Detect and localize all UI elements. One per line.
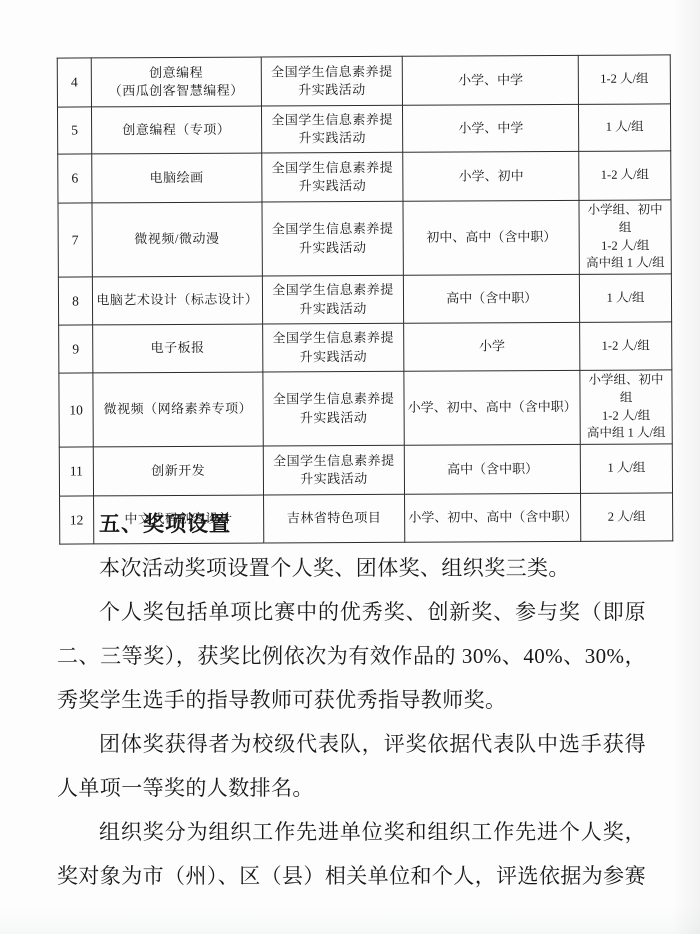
cell-level: 小学、中学 xyxy=(403,55,579,105)
cell-name: 创意编程 （西瓜创客智慧编程） xyxy=(91,57,261,107)
cell-name: 微视频/微动漫 xyxy=(92,202,262,277)
paragraph-line: 组织奖分为组织工作先进单位奖和组织工作先进个人奖，获 xyxy=(57,810,646,854)
cell-category: 全国学生信息素养提 升实践活动 xyxy=(261,105,403,153)
cell-category: 全国学生信息素养提 升实践活动 xyxy=(261,152,403,202)
cell-level: 初中、高中（含中职） xyxy=(403,200,579,275)
cell-name: 创新开发 xyxy=(93,446,263,496)
cell-group: 1 人/组 xyxy=(580,444,672,493)
cell-number: 10 xyxy=(59,373,93,447)
table-row: 4 创意编程 （西瓜创客智慧编程） 全国学生信息素养提 升实践活动 小学、中学 … xyxy=(57,55,670,107)
cell-category: 全国学生信息素养提 升实践活动 xyxy=(262,275,404,324)
cell-number: 6 xyxy=(58,154,92,203)
paragraph-line: 团体奖获得者为校级代表队，评奖依据代表队中选手获得个 xyxy=(57,722,646,766)
table-row: 6 电脑绘画 全国学生信息素养提 升实践活动 小学、初中 1-2 人/组 xyxy=(58,151,671,203)
document-page: 4 创意编程 （西瓜创客智慧编程） 全国学生信息素养提 升实践活动 小学、中学 … xyxy=(0,0,700,934)
competition-items-table: 4 创意编程 （西瓜创客智慧编程） 全国学生信息素养提 升实践活动 小学、中学 … xyxy=(57,54,674,544)
paragraph-line: 人单项一等奖的人数排名。 xyxy=(57,766,646,810)
table-row: 8 电脑艺术设计（标志设计） 全国学生信息素养提 升实践活动 高中（含中职） 1… xyxy=(58,274,671,325)
cell-category: 全国学生信息素养提 升实践活动 xyxy=(263,445,405,495)
cell-level: 小学、初中 xyxy=(403,151,579,201)
cell-group: 1-2 人/组 xyxy=(579,151,671,200)
cell-number: 8 xyxy=(58,277,92,325)
cell-category: 全国学生信息素养提 升实践活动 xyxy=(262,201,404,276)
cell-level: 小学、初中、高中（含中职） xyxy=(404,370,580,445)
cell-level: 小学、中学 xyxy=(403,104,579,152)
cell-group: 1-2 人/组 xyxy=(578,55,670,104)
cell-name: 电子板报 xyxy=(93,324,263,373)
paragraph-line: 个人奖包括单项比赛中的优秀奖、创新奖、参与奖（即原一、 xyxy=(57,590,646,634)
cell-number: 7 xyxy=(58,203,92,277)
cell-name: 电脑绘画 xyxy=(92,153,262,203)
paragraph-line: 本次活动奖项设置个人奖、团体奖、组织奖三类。 xyxy=(57,546,646,590)
table-row: 10 微视频（网络素养专项） 全国学生信息素养提 升实践活动 小学、初中、高中（… xyxy=(59,370,672,447)
section-heading: 五、奖项设置 xyxy=(57,502,646,546)
cell-number: 4 xyxy=(57,58,91,107)
paragraph-line: 奖对象为市（州）、区（县）相关单位和个人，评选依据为参赛 xyxy=(57,854,646,898)
paragraph-line: 二、三等奖），获奖比例依次为有效作品的 30%、40%、30%，优 xyxy=(57,634,646,678)
cell-number: 9 xyxy=(59,325,93,373)
cell-group: 1 人/组 xyxy=(579,104,671,151)
cell-group: 小学组、初中组 1-2 人/组 高中组 1 人/组 xyxy=(580,370,672,444)
table-row: 5 创意编程（专项） 全国学生信息素养提 升实践活动 小学、中学 1 人/组 xyxy=(57,104,670,154)
cell-name: 电脑艺术设计（标志设计） xyxy=(92,276,262,325)
paragraph-line: 秀奖学生选手的指导教师可获优秀指导教师奖。 xyxy=(57,678,646,722)
cell-name: 微视频（网络素养专项） xyxy=(93,372,263,447)
table-row: 11 创新开发 全国学生信息素养提 升实践活动 高中（含中职） 1 人/组 xyxy=(59,444,672,496)
cell-category: 全国学生信息素养提 升实践活动 xyxy=(263,371,405,446)
cell-group: 1-2 人/组 xyxy=(580,322,672,370)
cell-level: 小学 xyxy=(404,322,580,371)
cell-level: 高中（含中职） xyxy=(405,444,581,494)
cell-category: 全国学生信息素养提 升实践活动 xyxy=(262,323,404,372)
cell-category: 全国学生信息素养提 升实践活动 xyxy=(261,56,403,106)
award-section: 五、奖项设置 本次活动奖项设置个人奖、团体奖、组织奖三类。 个人奖包括单项比赛中… xyxy=(57,502,646,898)
cell-number: 11 xyxy=(59,447,93,496)
table-row: 9 电子板报 全国学生信息素养提 升实践活动 小学 1-2 人/组 xyxy=(59,322,672,373)
cell-name: 创意编程（专项） xyxy=(91,106,261,154)
cell-group: 1 人/组 xyxy=(579,274,671,322)
cell-number: 5 xyxy=(57,107,91,154)
table-row: 7 微视频/微动漫 全国学生信息素养提 升实践活动 初中、高中（含中职） 小学组… xyxy=(58,200,671,277)
cell-group: 小学组、初中组 1-2 人/组 高中组 1 人/组 xyxy=(579,200,671,274)
cell-level: 高中（含中职） xyxy=(404,274,580,323)
